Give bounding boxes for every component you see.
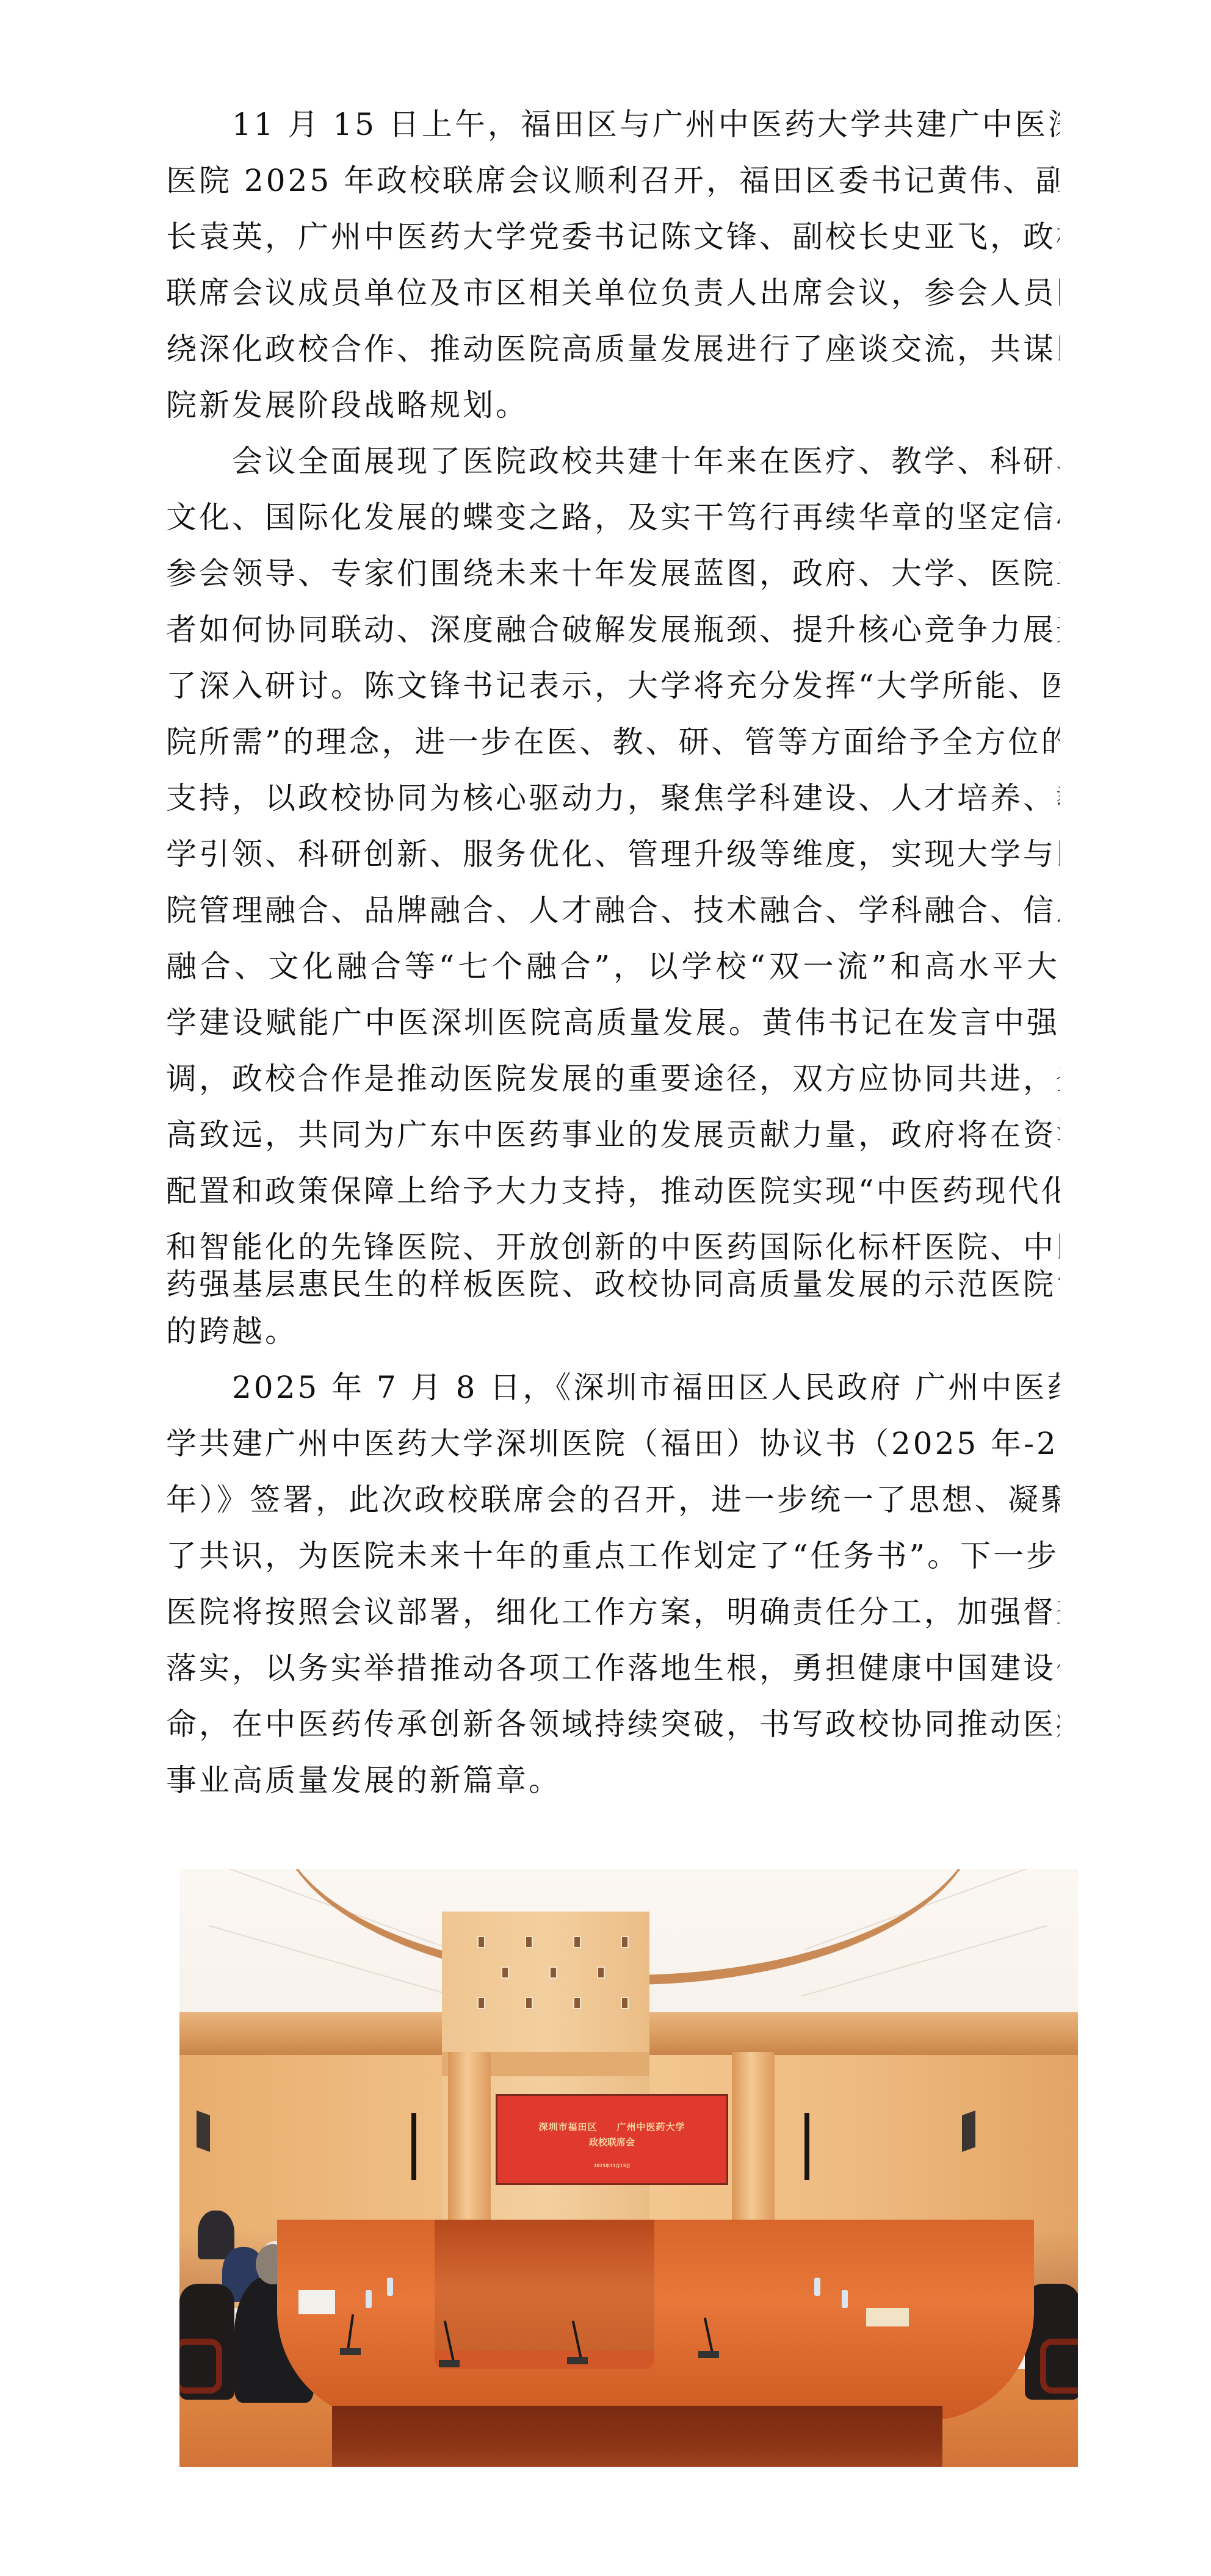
- screen-title-line2: 政校联席会: [497, 2135, 726, 2148]
- panel-stud: [621, 1997, 629, 2009]
- text-line: 院新发展阶段战略规划。: [166, 377, 1060, 433]
- panel-stud: [597, 1966, 605, 1979]
- panel-stud: [525, 1936, 533, 1948]
- text-line: 参会领导、专家们围绕未来十年发展蓝图，政府、大学、医院三: [166, 545, 1060, 602]
- text-line: 高致远，共同为广东中医药事业的发展贡献力量，政府将在资源: [166, 1107, 1060, 1163]
- text-line: 学引领、科研创新、服务优化、管理升级等维度，实现大学与医: [166, 826, 1060, 882]
- panel-stud: [573, 1936, 581, 1948]
- text-line: 配置和政策保障上给予大力支持，推动医院实现“中医药现代化: [166, 1163, 1060, 1219]
- text-line: 和智能化的先锋医院、开放创新的中医药国际化标杆医院、中医: [166, 1219, 1060, 1265]
- text-line: 的跨越。: [166, 1303, 1060, 1359]
- led-screen: 深圳市福田区 广州中医药大学 政校联席会 2025年11月15日: [496, 2094, 728, 2185]
- wall-tv: [962, 2110, 975, 2152]
- text-line: 院所需”的理念，进一步在医、教、研、管等方面给予全方位的: [166, 714, 1060, 770]
- table-base: [332, 2406, 942, 2467]
- panel-stud: [573, 1997, 581, 2009]
- article-body: 11 月 15 日上午，福田区与广州中医药大学共建广中医深圳 医院 2025 年…: [166, 96, 1060, 1808]
- panel-stud: [477, 1997, 485, 2009]
- paragraph-2: 会议全面展现了医院政校共建十年来在医疗、教学、科研、 文化、国际化发展的蝶变之路…: [166, 433, 1060, 1359]
- text-line: 2025 年 7 月 8 日，《深圳市福田区人民政府 广州中医药大: [166, 1359, 1060, 1416]
- text-line: 药强基层惠民生的样板医院、政校协同高质量发展的示范医院”: [166, 1265, 1060, 1303]
- text-line: 学建设赋能广中医深圳医院高质量发展。黄伟书记在发言中强: [166, 995, 1060, 1051]
- table-rim: [435, 2351, 654, 2369]
- text-line: 医院 2025 年政校联席会议顺利召开，福田区委书记黄伟、副区: [166, 153, 1060, 209]
- text-line: 支持，以政校协同为核心驱动力，聚焦学科建设、人才培养、教: [166, 770, 1060, 826]
- wall-speaker: [411, 2113, 416, 2180]
- text-line: 调，政校合作是推动医院发展的重要途径，双方应协同共进，登: [166, 1051, 1060, 1107]
- mic-base: [698, 2351, 719, 2358]
- conference-table: [277, 2220, 1034, 2421]
- text-line: 绕深化政校合作、推动医院高质量发展进行了座谈交流，共谋医: [166, 321, 1060, 377]
- paragraph-3: 2025 年 7 月 8 日，《深圳市福田区人民政府 广州中医药大 学共建广州中…: [166, 1359, 1060, 1808]
- wall-speaker: [804, 2113, 809, 2180]
- text-line: 事业高质量发展的新篇章。: [166, 1752, 1060, 1808]
- text-line: 落实，以务实举措推动各项工作落地生根，勇担健康中国建设使: [166, 1640, 1060, 1696]
- text-line: 长袁英，广州中医药大学党委书记陈文锋、副校长史亚飞，政校: [166, 209, 1060, 265]
- mic-base: [567, 2357, 588, 2364]
- text-line: 了深入研讨。陈文锋书记表示，大学将充分发挥“大学所能、医: [166, 658, 1060, 714]
- document-paper: [298, 2290, 335, 2314]
- text-line: 了共识，为医院未来十年的重点工作划定了“任务书”。下一步，: [166, 1528, 1060, 1584]
- text-line: 融合、文化融合等“七个融合”，以学校“双一流”和高水平大: [166, 938, 1060, 995]
- chair-arm: [1040, 2339, 1078, 2394]
- text-line: 联席会议成员单位及市区相关单位负责人出席会议，参会人员围: [166, 265, 1060, 321]
- screen-title-line1: 深圳市福田区 广州中医药大学: [497, 2120, 726, 2133]
- wall-tv: [197, 2110, 210, 2152]
- text-line: 11 月 15 日上午，福田区与广州中医药大学共建广中医深圳: [166, 96, 1060, 153]
- text-line: 年）》签署，此次政校联席会的召开，进一步统一了思想、凝聚: [166, 1472, 1060, 1528]
- chair-arm: [179, 2339, 222, 2394]
- text-line: 者如何协同联动、深度融合破解发展瓶颈、提升核心竞争力展开: [166, 602, 1060, 658]
- paragraph-1: 11 月 15 日上午，福田区与广州中医药大学共建广中医深圳 医院 2025 年…: [166, 96, 1060, 433]
- water-bottle: [366, 2290, 372, 2308]
- panel-stud: [525, 1997, 533, 2009]
- text-line: 命，在中医药传承创新各领域持续突破，书写政校协同推动医疗: [166, 1696, 1060, 1752]
- text-line: 医院将按照会议部署，细化工作方案，明确责任分工，加强督查: [166, 1584, 1060, 1640]
- mic-base: [439, 2360, 460, 2367]
- text-line: 院管理融合、品牌融合、人才融合、技术融合、学科融合、信息: [166, 882, 1060, 938]
- text-line: 学共建广州中医药大学深圳医院（福田）协议书（2025 年-2035: [166, 1416, 1060, 1472]
- panel-stud: [621, 1936, 629, 1948]
- panel-stud: [501, 1966, 509, 1979]
- panel-stud: [477, 1936, 485, 1948]
- mic-base: [340, 2348, 361, 2355]
- panel-stud: [549, 1966, 557, 1979]
- water-bottle: [842, 2290, 848, 2308]
- text-line: 会议全面展现了医院政校共建十年来在医疗、教学、科研、: [166, 433, 1060, 489]
- meeting-photo: 深圳市福田区 广州中医药大学 政校联席会 2025年11月15日: [179, 1869, 1078, 2467]
- document-paper: [866, 2308, 909, 2326]
- water-bottle: [814, 2278, 820, 2296]
- table-well: [435, 2220, 654, 2360]
- text-line: 文化、国际化发展的蝶变之路，及实干笃行再续华章的坚定信心。: [166, 489, 1060, 545]
- screen-date: 2025年11月15日: [497, 2163, 726, 2169]
- water-bottle: [387, 2278, 393, 2296]
